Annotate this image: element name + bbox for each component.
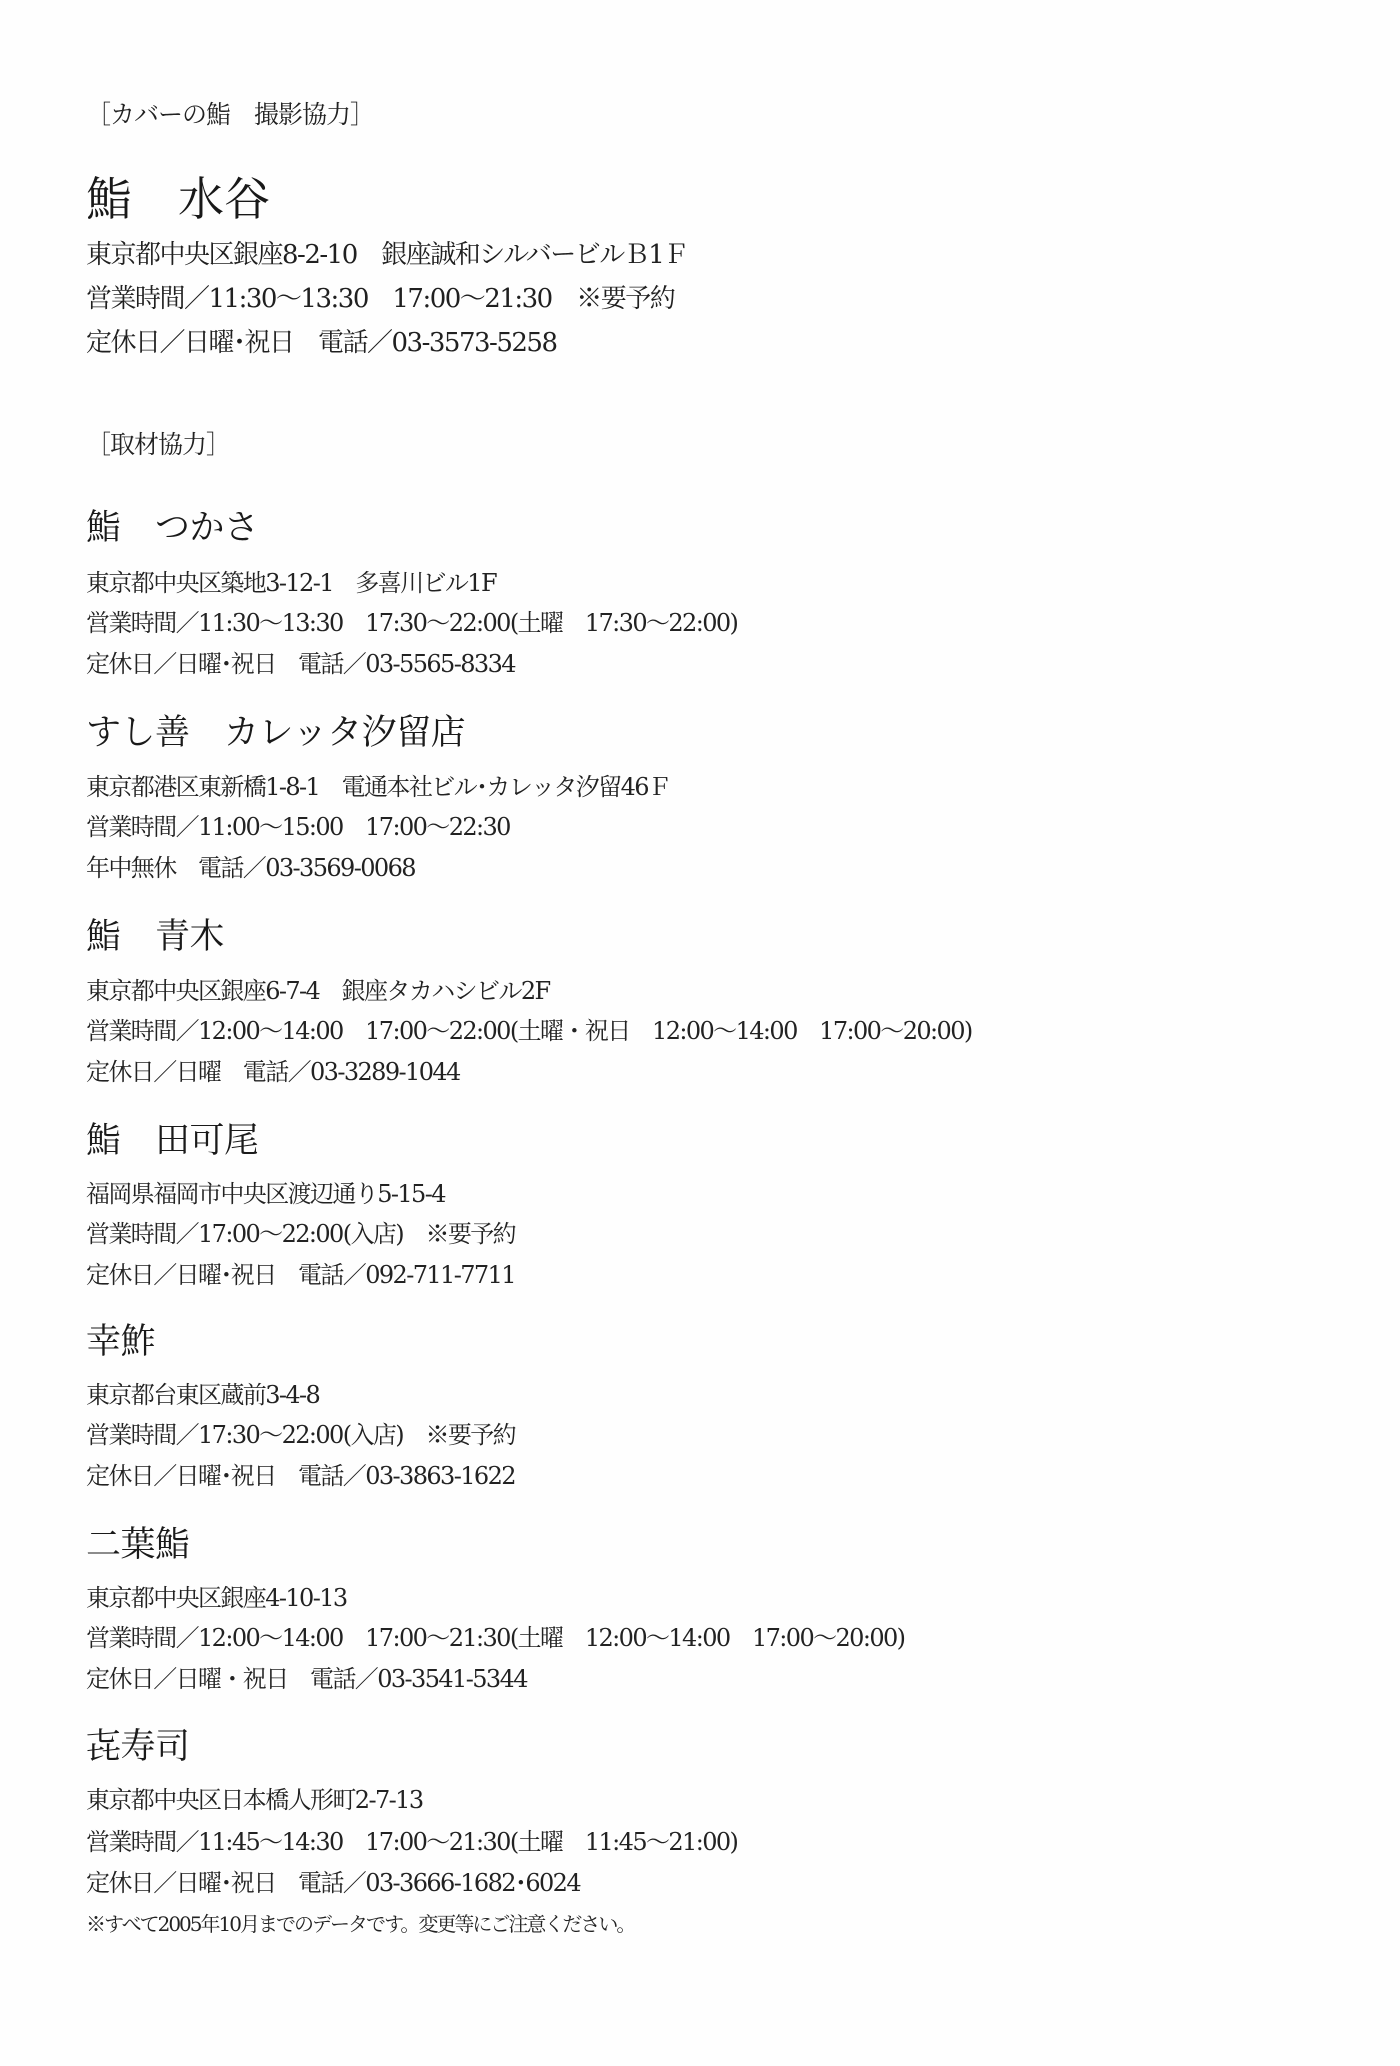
shop-address: 東京都中央区銀座4-10-13 bbox=[86, 1586, 347, 1610]
shop-hours: 営業時間／11:30～13:30 17:00～21:30 ※要予約 bbox=[86, 286, 674, 312]
shop-address: 東京都港区東新橋1-8-1 電通本社ビル･カレッタ汐留46Ｆ bbox=[86, 775, 670, 799]
shop-hours: 営業時間／11:00～15:00 17:00～22:30 bbox=[86, 815, 510, 839]
shop-name: 鮨 つかさ bbox=[86, 511, 259, 546]
shop-closed-phone: 定休日／日曜･祝日 電話／092-711-7711 bbox=[86, 1263, 515, 1287]
shop-closed-phone: 定休日／日曜･祝日 電話／03-3863-1622 bbox=[86, 1464, 515, 1488]
shop-address: 東京都中央区築地3-12-1 多喜川ビル1F bbox=[86, 571, 496, 595]
shop-name: すし善 カレッタ汐留店 bbox=[86, 716, 465, 751]
shop-name: 二葉鮨 bbox=[86, 1528, 190, 1563]
cover-credit-heading: ［カバーの鮨 撮影協力］ bbox=[86, 102, 374, 127]
shop-closed-phone: 年中無休 電話／03-3569-0068 bbox=[86, 856, 415, 880]
shop-hours: 営業時間／17:00～22:00(入店) ※要予約 bbox=[86, 1222, 515, 1246]
data-date-footnote: ※すべて2005年10月までのデータです。変更等にご注意ください。 bbox=[86, 1914, 634, 1934]
shop-name: 㐂寿司 bbox=[86, 1730, 190, 1765]
shop-name: 鮨 田可尾 bbox=[86, 1124, 259, 1159]
document-page: ［カバーの鮨 撮影協力］ 鮨 水谷 東京都中央区銀座8-2-10 銀座誠和シルバ… bbox=[0, 0, 1400, 2066]
shop-closed-phone: 定休日／日曜・祝日 電話／03-3541-5344 bbox=[86, 1667, 527, 1691]
interview-credit-heading: ［取材協力］ bbox=[86, 432, 230, 457]
shop-name: 鮨 水谷 bbox=[86, 176, 270, 222]
shop-hours: 営業時間／11:30～13:30 17:30～22:00(土曜 17:30～22… bbox=[86, 611, 737, 635]
shop-address: 東京都中央区日本橋人形町2-7-13 bbox=[86, 1788, 423, 1812]
shop-closed-phone: 定休日／日曜･祝日 電話／03-3666-1682･6024 bbox=[86, 1871, 580, 1895]
shop-address: 東京都中央区銀座6-7-4 銀座タカハシビル2F bbox=[86, 979, 550, 1003]
shop-hours: 営業時間／12:00～14:00 17:00～21:30(土曜 12:00～14… bbox=[86, 1626, 904, 1650]
shop-closed-phone: 定休日／日曜･祝日 電話／03-3573-5258 bbox=[86, 330, 557, 356]
shop-hours: 営業時間／17:30～22:00(入店) ※要予約 bbox=[86, 1423, 515, 1447]
shop-address: 東京都中央区銀座8-2-10 銀座誠和シルバービルＢ1Ｆ bbox=[86, 242, 688, 268]
shop-hours: 営業時間／12:00～14:00 17:00～22:00(土曜・祝日 12:00… bbox=[86, 1019, 972, 1043]
shop-hours: 営業時間／11:45～14:30 17:00～21:30(土曜 11:45～21… bbox=[86, 1830, 737, 1854]
shop-name: 鮨 青木 bbox=[86, 920, 224, 955]
shop-closed-phone: 定休日／日曜･祝日 電話／03-5565-8334 bbox=[86, 652, 515, 676]
shop-closed-phone: 定休日／日曜 電話／03-3289-1044 bbox=[86, 1060, 460, 1084]
shop-name: 幸鮓 bbox=[86, 1325, 155, 1360]
shop-address: 福岡県福岡市中央区渡辺通り5-15-4 bbox=[86, 1182, 445, 1206]
shop-address: 東京都台東区蔵前3-4-8 bbox=[86, 1383, 319, 1407]
